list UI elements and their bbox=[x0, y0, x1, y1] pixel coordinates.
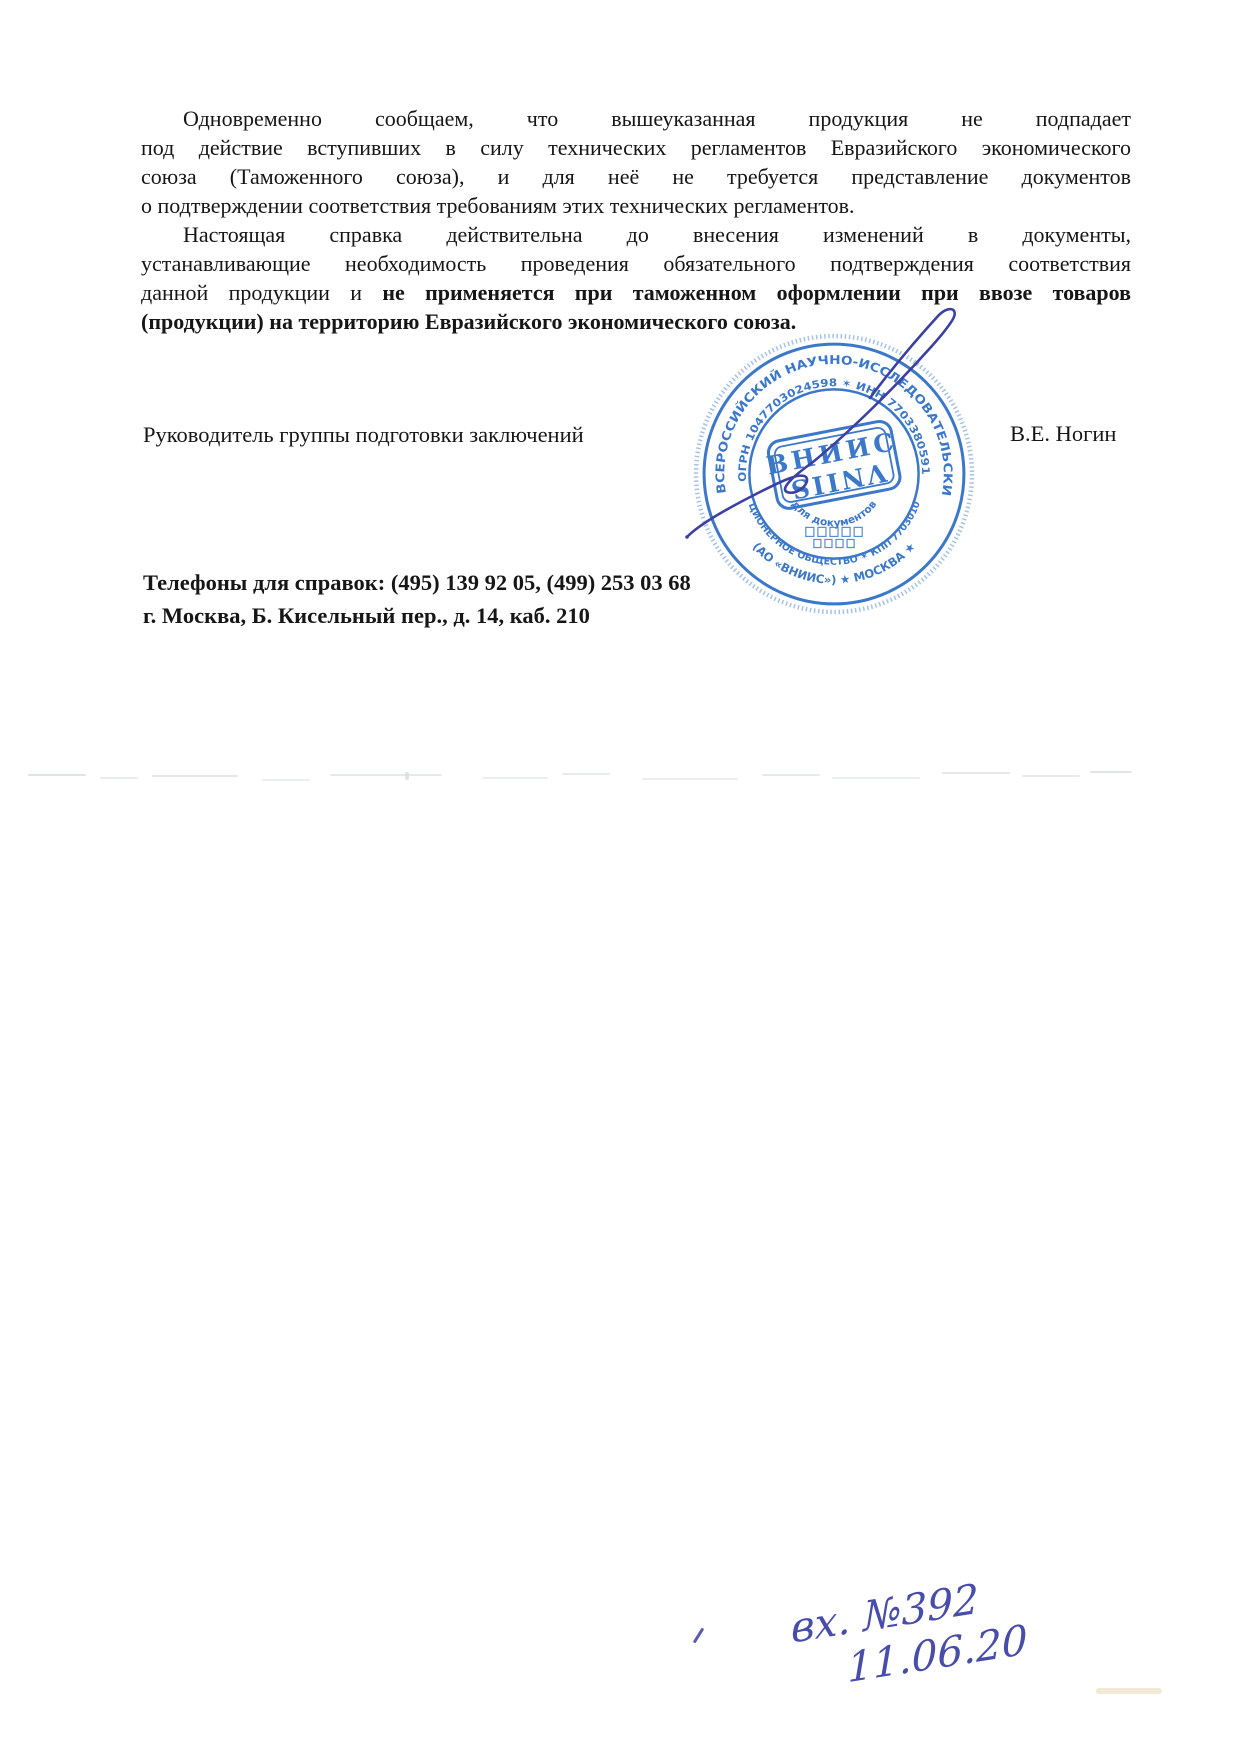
signer-position-title: Руководитель группы подготовки заключени… bbox=[143, 422, 584, 448]
paragraph2-line1: Настоящая справка действительна до внесе… bbox=[141, 220, 1131, 249]
paragraph2-line2: устанавливающие необходимость проведения… bbox=[141, 249, 1131, 278]
paragraph1-line1: Одновременно сообщаем, что вышеуказанная… bbox=[141, 104, 1131, 133]
paragraph1-line3: союза (Таможенного союза), и для неё не … bbox=[141, 162, 1131, 191]
signer-name: В.Е. Ногин bbox=[1010, 421, 1116, 447]
scan-smudge bbox=[1096, 1688, 1162, 1694]
paragraph2-line3-normal: данной продукции и bbox=[141, 280, 382, 305]
handwritten-registration-note: вх. №392 11.06.20 bbox=[784, 1568, 1035, 1700]
contacts-block: Телефоны для справок: (495) 139 92 05, (… bbox=[143, 566, 691, 632]
scanned-document-page: Одновременно сообщаем, что вышеуказанная… bbox=[0, 0, 1240, 1754]
paragraph2-line3: данной продукции и не применяется при та… bbox=[141, 278, 1131, 307]
paragraph1-line4: о подтверждении соответствия требованиям… bbox=[141, 191, 1131, 220]
paragraph1-line2: под действие вступивших в силу техническ… bbox=[141, 133, 1131, 162]
contact-phones: Телефоны для справок: (495) 139 92 05, (… bbox=[143, 566, 691, 599]
pen-tick-mark bbox=[693, 1627, 705, 1643]
pen-signature bbox=[650, 295, 980, 555]
contact-address: г. Москва, Б. Кисельный пер., д. 14, каб… bbox=[143, 599, 691, 632]
paragraph2-line4: (продукции) на территорию Евразийского э… bbox=[141, 307, 1131, 336]
letter-body: Одновременно сообщаем, что вышеуказанная… bbox=[141, 104, 1131, 336]
